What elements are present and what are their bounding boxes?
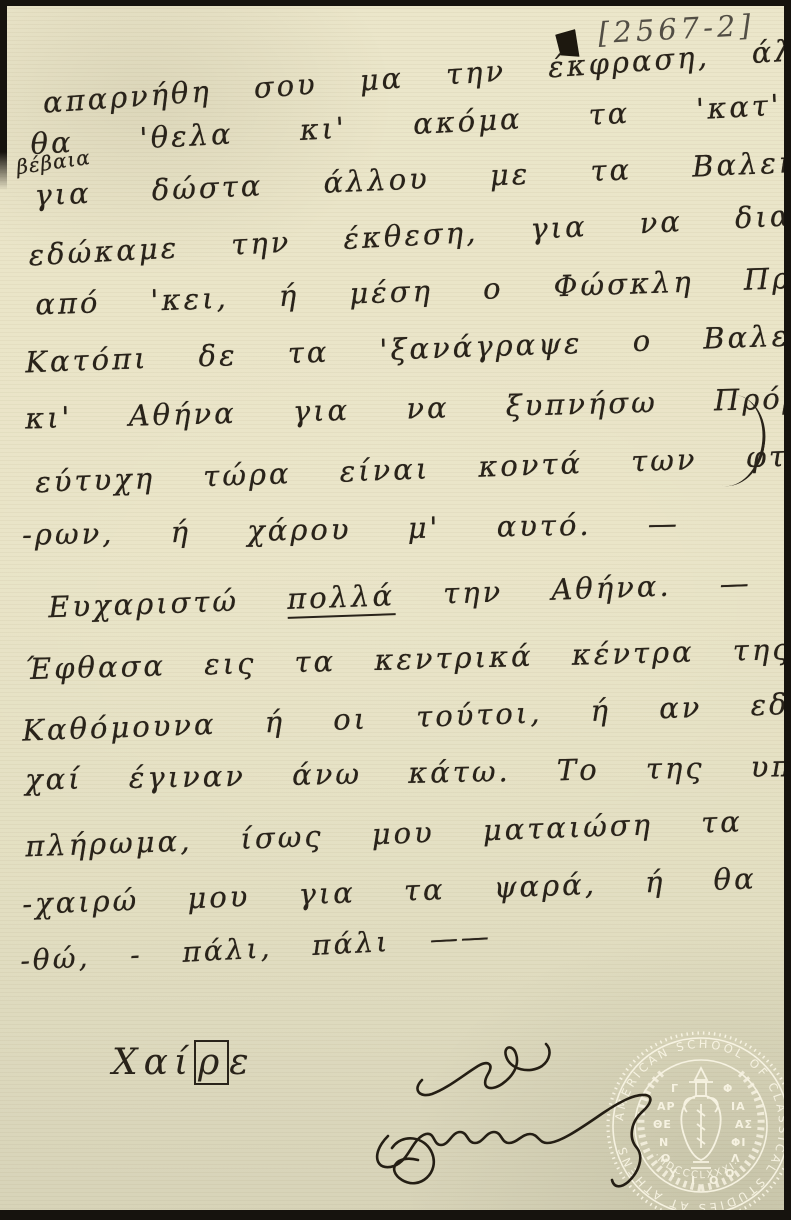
signature-upper-stroke: [417, 1044, 549, 1095]
closing-pre: Χαί: [112, 1042, 194, 1083]
letter-line-thanks: Ευχαριστώ πολλά την Αθήνα. —: [48, 566, 753, 625]
letter-line: Καθόμουνα ή οι τούτοι, ή αν εδώ αρ-: [22, 682, 791, 747]
signature-flourish: [360, 1008, 780, 1218]
letter-line: κι' Αθήνα για να ξυπνήσω Πρόβλημα.: [25, 379, 791, 436]
letter-line: εύτυχη τώρα είναι κοντά των φτωχοτέ-: [35, 435, 791, 499]
letter-line: Κατόπι δε τα 'ξανάγραψε ο Βαλεντίνης: [25, 315, 791, 380]
letter-line: χαί έγιναν άνω κάτω. Το της υπάρξης: [25, 747, 791, 796]
underlined-word: πολλά: [287, 578, 396, 619]
scan-edge-bottom: [0, 1210, 791, 1220]
scan-edge-left: [0, 0, 7, 190]
scan-edge-right: [784, 0, 791, 1220]
closing-post: ε: [229, 1042, 254, 1083]
scan-edge-top: [0, 0, 791, 6]
letter-line: πλήρωμα, ίσως μου ματαιώση τα συ-: [25, 801, 791, 864]
thanks-post: την Αθήνα. —: [394, 566, 752, 612]
letter-line: από 'κει, ή μέση ο Φώσκλη Πρόεδρος.: [35, 257, 791, 322]
thanks-pre: Ευχαριστώ: [48, 582, 288, 624]
letter-line: Έφθασα εις τα κεντρικά κέντρα της χώρας,: [25, 628, 791, 686]
letter-page: [2567-2] απαρνήθη σου μα την έκφραση, άλ…: [0, 0, 791, 1220]
letter-line: -θώ, - πάλι, πάλι ——: [19, 920, 492, 978]
closing-greeting: Χαίρε: [112, 1042, 255, 1083]
closing-boxed-letter: ρ: [194, 1040, 229, 1085]
marginal-insertion: βέβαια: [15, 145, 92, 179]
letter-line: -χαιρώ μου για τα ψαρά, ή θα κου-: [22, 857, 791, 921]
letter-line: -ρων, ή χάρου μ' αυτό. —: [22, 506, 680, 551]
